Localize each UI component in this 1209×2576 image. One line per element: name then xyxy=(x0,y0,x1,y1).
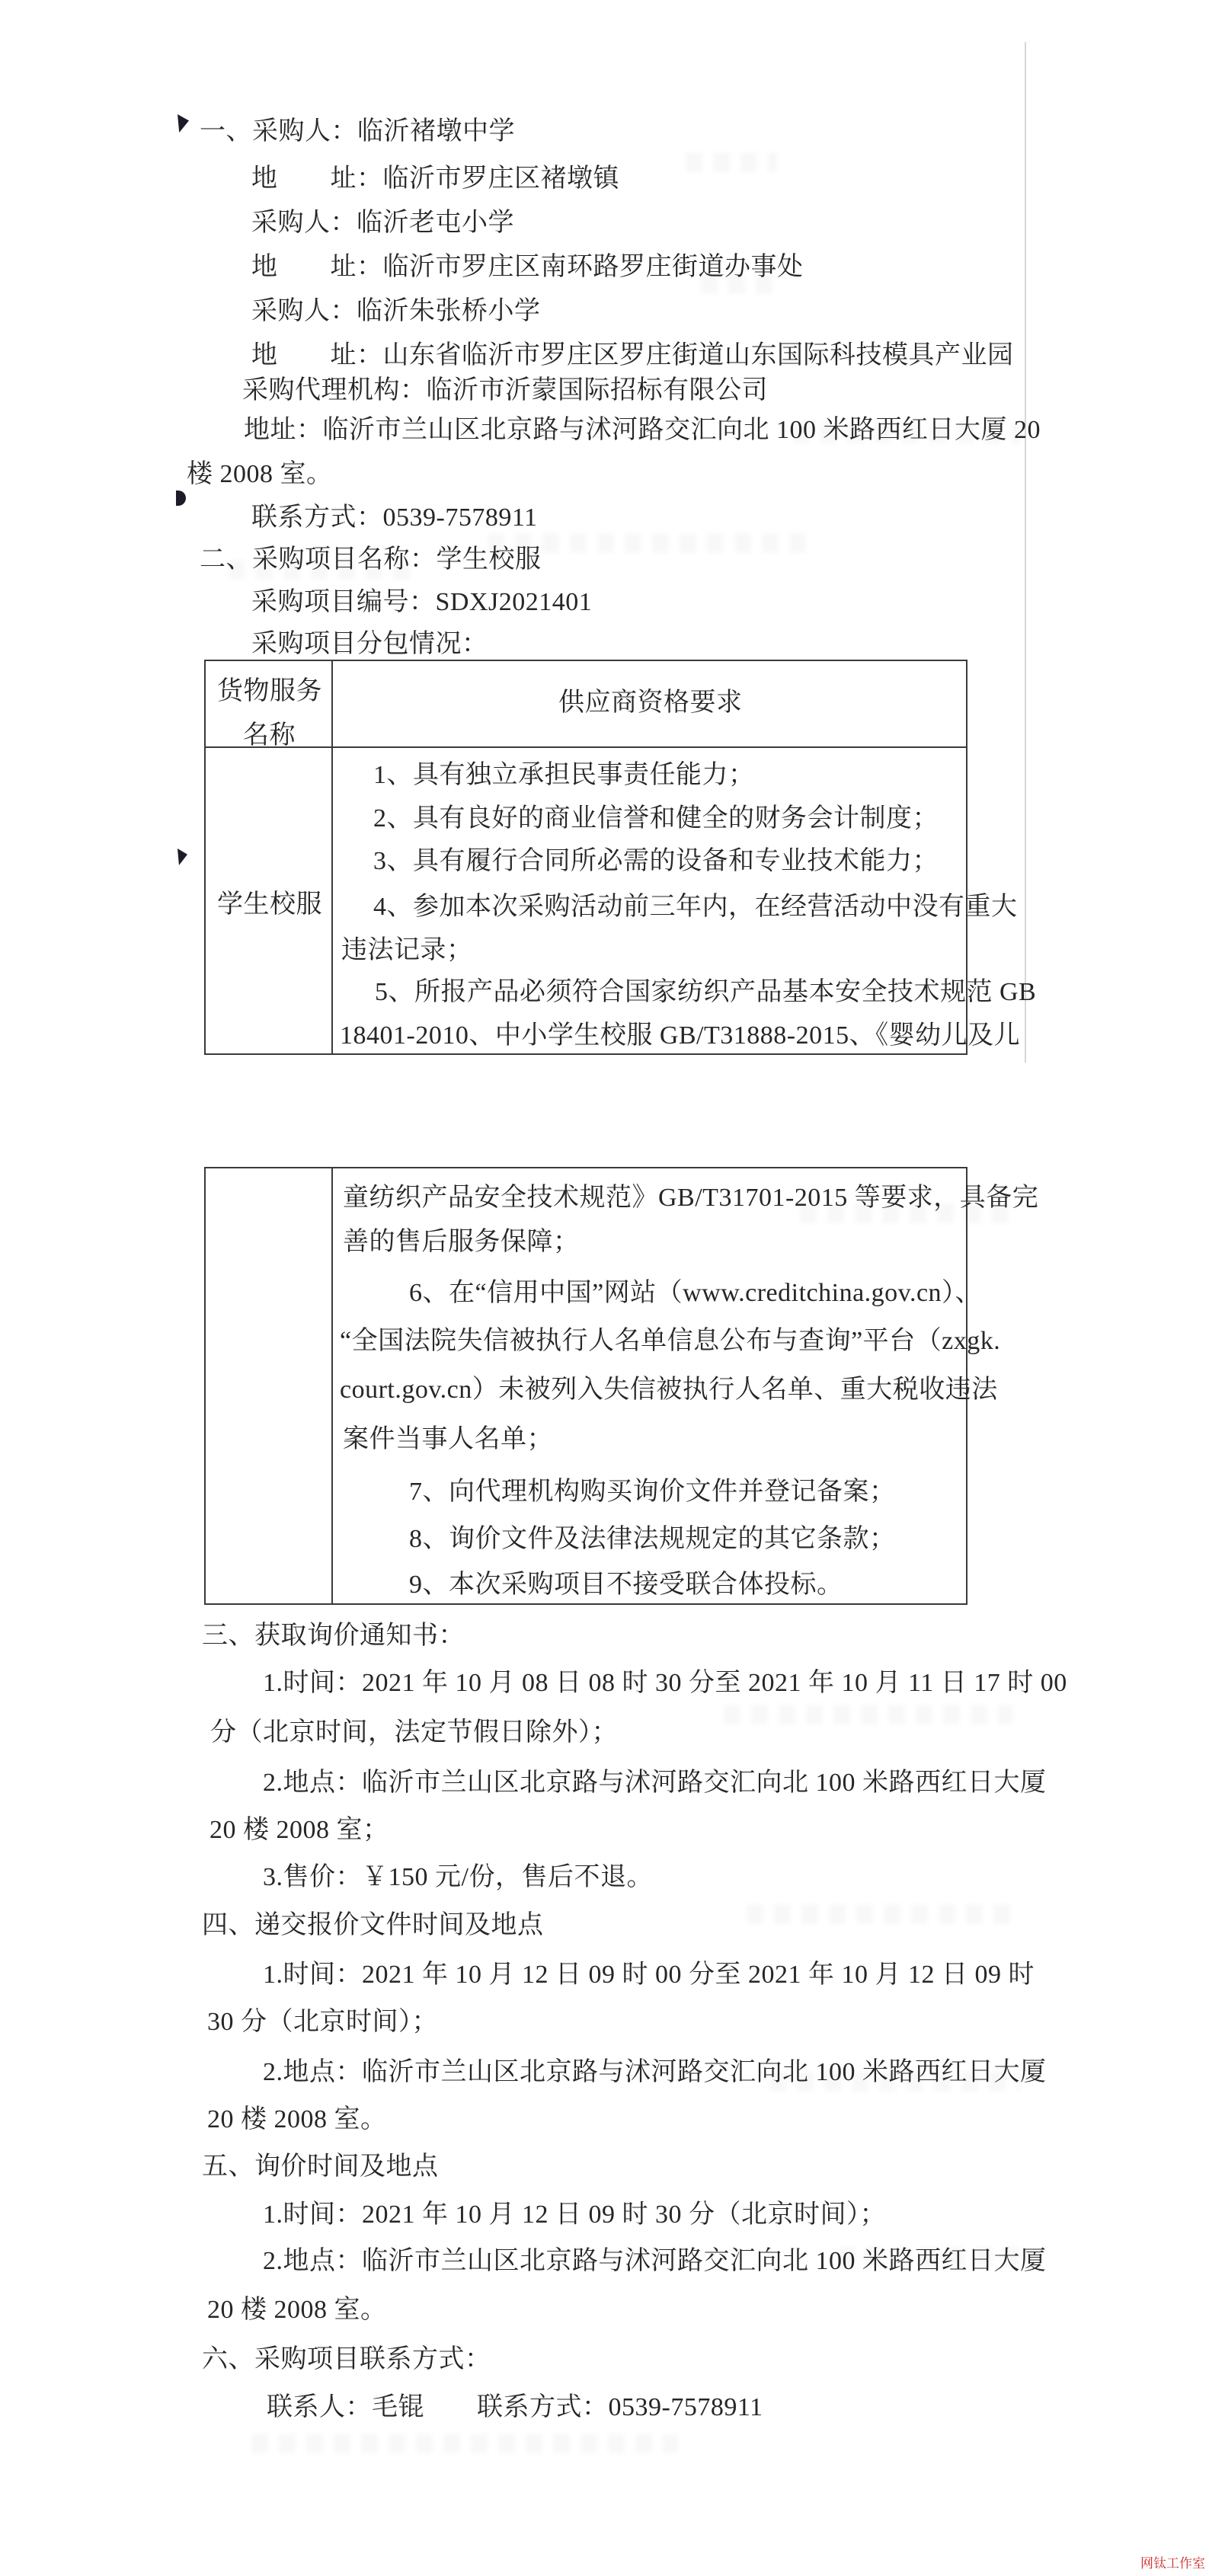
table-requirement-line: 6、在“信用中国”网站（www.creditchina.gov.cn）、 xyxy=(409,1278,981,1309)
section-heading: 三、获取询价通知书： xyxy=(202,1621,465,1651)
text-line: 采购项目分包情况： xyxy=(251,629,488,660)
text-line: 二、采购项目名称：学生校服 xyxy=(200,545,542,575)
bleed-through-smudge xyxy=(251,2434,678,2453)
table-requirement-line: 5、所报产品必须符合国家纺织产品基本安全技术规范 GB xyxy=(375,977,1036,1008)
table-requirement-line: 善的售后服务保障； xyxy=(343,1227,580,1258)
text-line: 采购项目编号：SDXJ2021401 xyxy=(251,587,592,618)
studio-watermark: 网钛工作室 xyxy=(1140,2556,1205,2571)
scan-nick-mark xyxy=(178,849,187,865)
table-requirement-line: 童纺织产品安全技术规范》GB/T31701-2015 等要求，具备完 xyxy=(343,1183,1038,1213)
text-line: 地 址：临沂市罗庄区褚墩镇 xyxy=(251,164,619,194)
table-column-divider xyxy=(331,1168,333,1603)
table-requirement-line: 8、询价文件及法律法规规定的其它条款； xyxy=(409,1524,896,1555)
scanned-procurement-notice: 一、采购人：临沂褚墩中学 地 址：临沂市罗庄区褚墩镇 采购人：临沂老屯小学 地 … xyxy=(0,0,1209,2576)
section-heading: 四、递交报价文件时间及地点 xyxy=(202,1910,544,1941)
table-cell-item-name: 学生校服 xyxy=(217,890,322,920)
table-header-supplier-requirements: 供应商资格要求 xyxy=(558,688,743,718)
text-line: 采购人：临沂朱张桥小学 xyxy=(251,296,541,327)
table-requirement-line: 7、向代理机构购买询价文件并登记备案； xyxy=(409,1477,896,1507)
scan-nick-mark xyxy=(176,491,186,506)
table-column-divider xyxy=(331,661,333,1053)
table-header-goods: 名称 xyxy=(243,721,296,751)
table-requirement-line: 4、参加本次采购活动前三年内，在经营活动中没有重大 xyxy=(373,892,1018,922)
text-line: 楼 2008 室。 xyxy=(187,459,333,490)
text-line: 联系方式：0539-7578911 xyxy=(251,503,538,533)
page-edge-line xyxy=(1025,42,1026,1063)
contact-line: 联系人：毛锟 联系方式：0539-7578911 xyxy=(267,2392,763,2423)
table-requirement-line: 1、具有独立承担民事责任能力； xyxy=(373,760,755,791)
text-line: 分（北京时间，法定节假日除外）； xyxy=(210,1718,618,1748)
text-line: 地 址：临沂市罗庄区南环路罗庄街道办事处 xyxy=(251,252,804,283)
text-line: 采购人：临沂老屯小学 xyxy=(251,208,514,238)
table-requirement-line: 9、本次采购项目不接受联合体投标。 xyxy=(409,1570,843,1600)
text-line: 地址：临沂市兰山区北京路与沭河路交汇向北 100 米路西红日大厦 20 xyxy=(244,415,1041,446)
text-line: 1.时间：2021 年 10 月 12 日 09 时 30 分（北京时间）； xyxy=(263,2200,886,2230)
table-header-divider xyxy=(206,746,966,748)
table-requirement-line: 案件当事人名单； xyxy=(343,1424,553,1455)
text-line: 3.售价：￥150 元/份，售后不退。 xyxy=(263,1862,653,1893)
table-requirement-line: court.gov.cn）未被列入失信被执行人名单、重大税收违法 xyxy=(340,1375,998,1405)
scan-nick-mark xyxy=(178,114,189,133)
text-line: 采购代理机构：临沂市沂蒙国际招标有限公司 xyxy=(242,376,768,406)
table-header-goods: 货物服务 xyxy=(217,676,322,707)
text-line: 30 分（北京时间）； xyxy=(207,2007,438,2037)
bleed-through-smudge xyxy=(686,152,777,172)
text-line: 20 楼 2008 室。 xyxy=(207,2295,387,2325)
text-line: 2.地点：临沂市兰山区北京路与沭河路交汇向北 100 米路西红日大厦 xyxy=(263,1768,1047,1798)
text-line: 1.时间：2021 年 10 月 08 日 08 时 30 分至 2021 年 … xyxy=(263,1668,1067,1699)
section-heading: 五、询价时间及地点 xyxy=(202,2152,439,2182)
table-requirement-line: “全国法院失信被执行人名单信息公布与查询”平台（zxgk. xyxy=(340,1326,1000,1357)
text-line: 20 楼 2008 室； xyxy=(209,1815,389,1846)
table-requirement-line: 18401-2010、中小学生校服 GB/T31888-2015、《婴幼儿及儿 xyxy=(340,1021,1020,1051)
section-heading: 六、采购项目联系方式： xyxy=(202,2344,491,2375)
text-line: 20 楼 2008 室。 xyxy=(207,2105,387,2135)
table-requirement-line: 3、具有履行合同所必需的设备和专业技术能力； xyxy=(373,846,939,877)
table-requirement-line: 违法记录； xyxy=(341,935,473,966)
bleed-through-smudge xyxy=(747,1904,1013,1924)
table-requirement-line: 2、具有良好的商业信誉和健全的财务会计制度； xyxy=(373,804,939,834)
text-line: 1.时间：2021 年 10 月 12 日 09 时 00 分至 2021 年 … xyxy=(263,1960,1035,1990)
text-line: 地 址：山东省临沂市罗庄区罗庄街道山东国际科技模具产业园 xyxy=(251,340,1014,371)
text-line: 一、采购人：临沂褚墩中学 xyxy=(200,117,515,147)
text-line: 2.地点：临沂市兰山区北京路与沭河路交汇向北 100 米路西红日大厦 xyxy=(263,2246,1047,2277)
bleed-through-smudge xyxy=(724,1705,1013,1724)
text-line: 2.地点：临沂市兰山区北京路与沭河路交汇向北 100 米路西红日大厦 xyxy=(263,2057,1047,2088)
